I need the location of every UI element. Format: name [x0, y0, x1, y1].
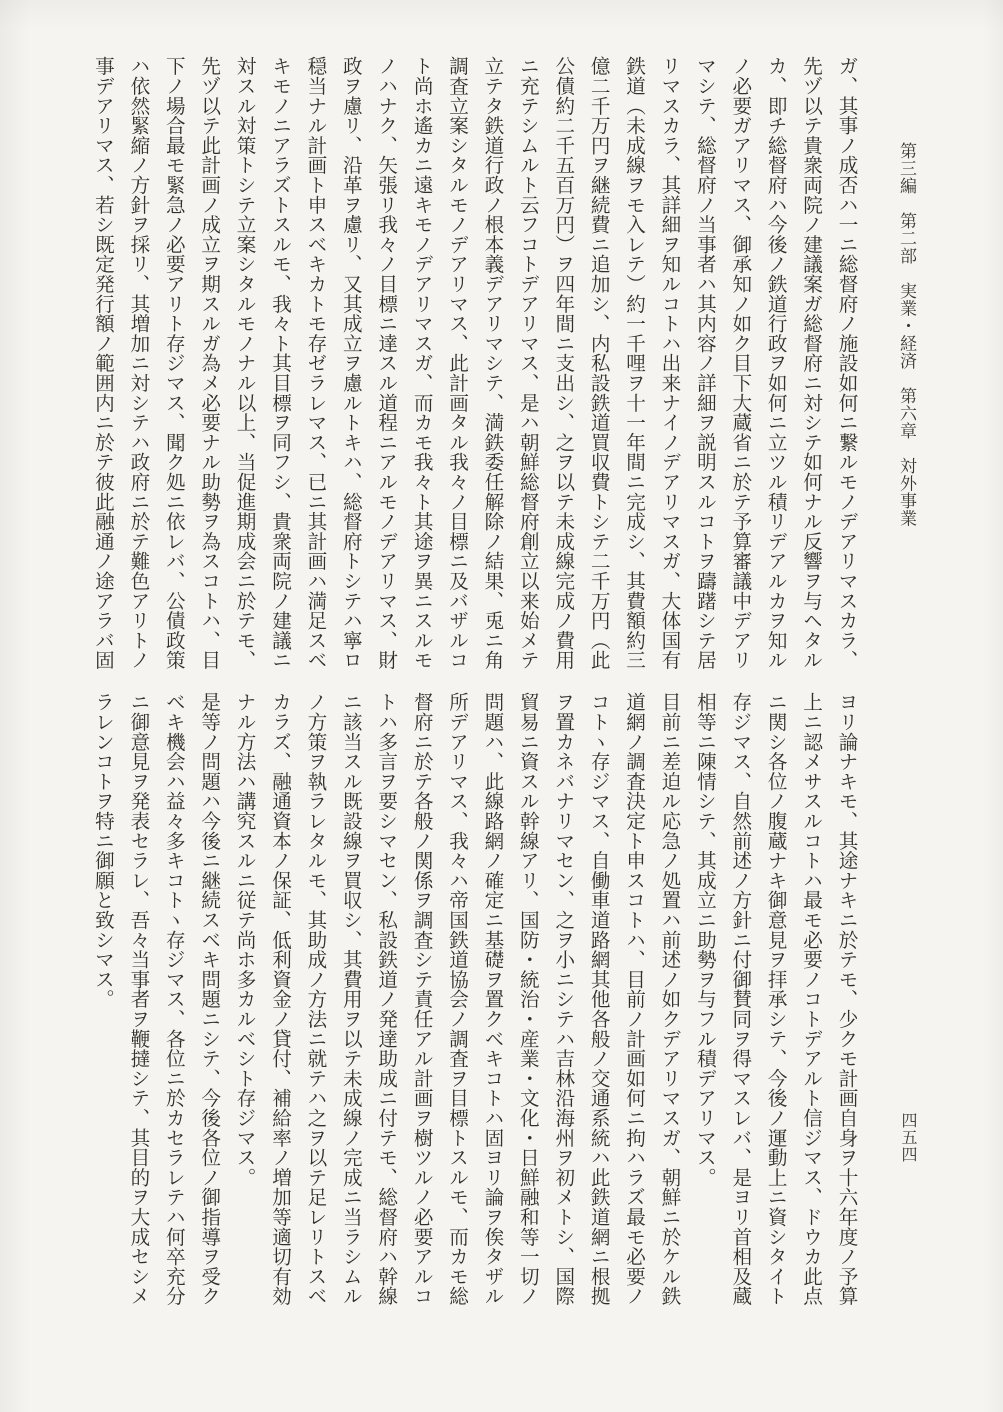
text-column: 存ジマス、自然前述ノ方針ニ付御賛同ヲ得マスレバ、是ヨリ首相及蔵 [721, 692, 756, 1314]
text-column: ハ依然緊縮ノ方針ヲ採リ、其増加ニ対シテハ政府ニ於テ難色アリトノ [119, 56, 154, 678]
text-column: 目前ニ差迫ル応急ノ処置ハ前述ノ如クデアリマスガ、朝鮮ニ於ケル鉄 [651, 692, 686, 1314]
text-column: マシテ、総督府ノ当事者ハ其内容ノ詳細ヲ説明スルコトヲ躊躇シテ居 [686, 56, 721, 678]
text-column: キモノニアラズトスルモ、我々ト其目標ヲ同フシ、貴衆両院ノ建議ニ [261, 56, 296, 678]
text-column: 問題ハ、此線路網ノ確定ニ基礎ヲ置クベキコトハ固ヨリ論ヲ俟タザル [474, 692, 509, 1314]
text-column: 下ノ場合最モ緊急ノ必要アリト存ジマス、聞ク処ニ依レバ、公債政策 [155, 56, 190, 678]
text-column: ニ充テシムルト云フコトデアリマス、是ハ朝鮮総督府創立以来始メテ [509, 56, 544, 678]
text-column: 先ヅ以テ此計画ノ成立ヲ期スルガ為メ必要ナル助勢ヲ為スコトハ、目 [190, 56, 225, 678]
text-column: コトヽ存ジマス、自働車道路網其他各般ノ交通系統ハ此鉄道網ニ根拠 [580, 692, 615, 1314]
text-column: ニ該当スル既設線ヲ買収シ、其費用ヲ以テ未成線ノ完成ニ当ラシムル [332, 692, 367, 1314]
running-header: 第三編 第二部 実業・経済 第六章 対外事業 [894, 142, 919, 572]
text-column: トハ多言ヲ要シマセン、私設鉄道ノ発達助成ニ付テモ、総督府ハ幹線 [367, 692, 402, 1314]
text-column: 立テタ鉄道行政ノ根本義デアリマシテ、満鉄委任解除ノ結果、兎ニ角 [474, 56, 509, 678]
text-column: ノハナク、矢張リ我々ノ目標ニ達スル道程ニアルモノデアリマス、財 [367, 56, 402, 678]
text-column: ニ御意見ヲ発表セラレ、吾々当事者ヲ鞭撻シテ、其目的ヲ大成セシメ [119, 692, 154, 1314]
text-column: ヨリ論ナキモ、其途ナキニ於テモ、少クモ計画自身ヲ十六年度ノ予算 [828, 692, 863, 1314]
text-column: カ、即チ総督府ハ今後ノ鉄道行政ヲ如何ニ立ツル積リデアルカヲ知ル [757, 56, 792, 678]
text-column: ノ必要ガアリマス、御承知ノ如ク目下大蔵省ニ於テ予算審議中デアリ [721, 56, 756, 678]
text-column: ノ方策ヲ執ラレタルモ、其助成ノ方法ニ就テハ之ヲ以テ足レリトスベ [297, 692, 332, 1314]
text-column: ヲ置カネバナリマセン、之ヲ小ニシテハ吉林沿海州ヲ初メトシ、国際 [544, 692, 579, 1314]
text-column: 是等ノ問題ハ今後ニ継続スベキ問題ニシテ、今後各位ノ御指導ヲ受ク [190, 692, 225, 1314]
text-column: 公債約二千五百万円）ヲ四年間ニ支出シ、之ヲ以テ未成線完成ノ費用 [544, 56, 579, 678]
text-column: ラレンコトヲ特ニ御願と致シマス。 [84, 692, 119, 1314]
text-column: 穏当ナル計画ト申スベキカトモ存ゼラレマス、已ニ其計画ハ満足スベ [297, 56, 332, 678]
text-column: ナル方法ハ講究スルニ従テ尚ホ多カルベシト存ジマス。 [226, 692, 261, 1314]
text-column: ト尚ホ遙カニ遠キモノデアリマスガ、而カモ我々ト其途ヲ異ニスルモ [403, 56, 438, 678]
text-column: リマスカラ、其詳細ヲ知ルコトハ出来ナイノデアリマスガ、大体国有 [651, 56, 686, 678]
text-column: 政ヲ慮リ、沿革ヲ慮リ、又其成立ヲ慮ルトキハ、総督府トシテハ寧ロ [332, 56, 367, 678]
text-column: 事デアリマス、若シ既定発行額ノ範囲内ニ於テ彼此融通ノ途アラバ固 [84, 56, 119, 678]
text-column: 相等ニ陳情シテ、其成立ニ助勢ヲ与フル積デアリマス。 [686, 692, 721, 1314]
text-column: ベキ機会ハ益々多キコトヽ存ジマス、各位ニ於カセラレテハ何卒充分 [155, 692, 190, 1314]
text-column: ガ、其事ノ成否ハ一ニ総督府ノ施設如何ニ繋ルモノデアリマスカラ、 [828, 56, 863, 678]
text-column: 督府ニ於テ各般ノ関係ヲ調査シテ責任アル計画ヲ樹ツルノ必要アルコ [403, 692, 438, 1314]
text-column: 貿易ニ資スル幹線アリ、国防・統治・産業・文化・日鮮融和等一切ノ [509, 692, 544, 1314]
text-column: 道網ノ調査決定ト申スコトハ、目前ノ計画如何ニ拘ハラズ最モ必要ノ [615, 692, 650, 1314]
text-column: ニ関シ各位ノ腹蔵ナキ御意見ヲ拝承シテ、今後ノ運動上ニ資シタイト [757, 692, 792, 1314]
upper-text-block: ガ、其事ノ成否ハ一ニ総督府ノ施設如何ニ繋ルモノデアリマスカラ、先ヅ以テ貴衆両院ノ… [83, 56, 863, 678]
scanned-book-page: 第三編 第二部 実業・経済 第六章 対外事業 ガ、其事ノ成否ハ一ニ総督府ノ施設如… [0, 0, 1003, 1412]
lower-text-block: ヨリ論ナキモ、其途ナキニ於テモ、少クモ計画自身ヲ十六年度ノ予算上ニ認メサスルコト… [83, 692, 863, 1314]
text-column: 億二千万円ヲ継続費ニ追加シ、内私設鉄道買収費トシテ二千万円（此 [580, 56, 615, 678]
text-column: 上ニ認メサスルコトハ最モ必要ノコトデアルト信ジマス、ドウカ此点 [792, 692, 827, 1314]
text-column: 所デアリマス、我々ハ帝国鉄道協会ノ調査ヲ目標トスルモ、而カモ総 [438, 692, 473, 1314]
page-number: 四五四 [896, 1112, 919, 1182]
text-column: 対スル対策トシテ立案シタルモノナル以上、当促進期成会ニ於テモ、 [226, 56, 261, 678]
text-column: 先ヅ以テ貴衆両院ノ建議案ガ総督府ニ対シテ如何ナル反響ヲ与ヘタル [792, 56, 827, 678]
text-column: 調査立案シタルモノデアリマス、此計画タル我々ノ目標ニ及バザルコ [438, 56, 473, 678]
text-column: 鉄道（未成線ヲモ入レテ）約一千哩ヲ十一年間ニ完成シ、其費額約三 [615, 56, 650, 678]
text-column: カラズ、融通資本ノ保証、低利資金ノ貸付、補給率ノ増加等適切有効 [261, 692, 296, 1314]
